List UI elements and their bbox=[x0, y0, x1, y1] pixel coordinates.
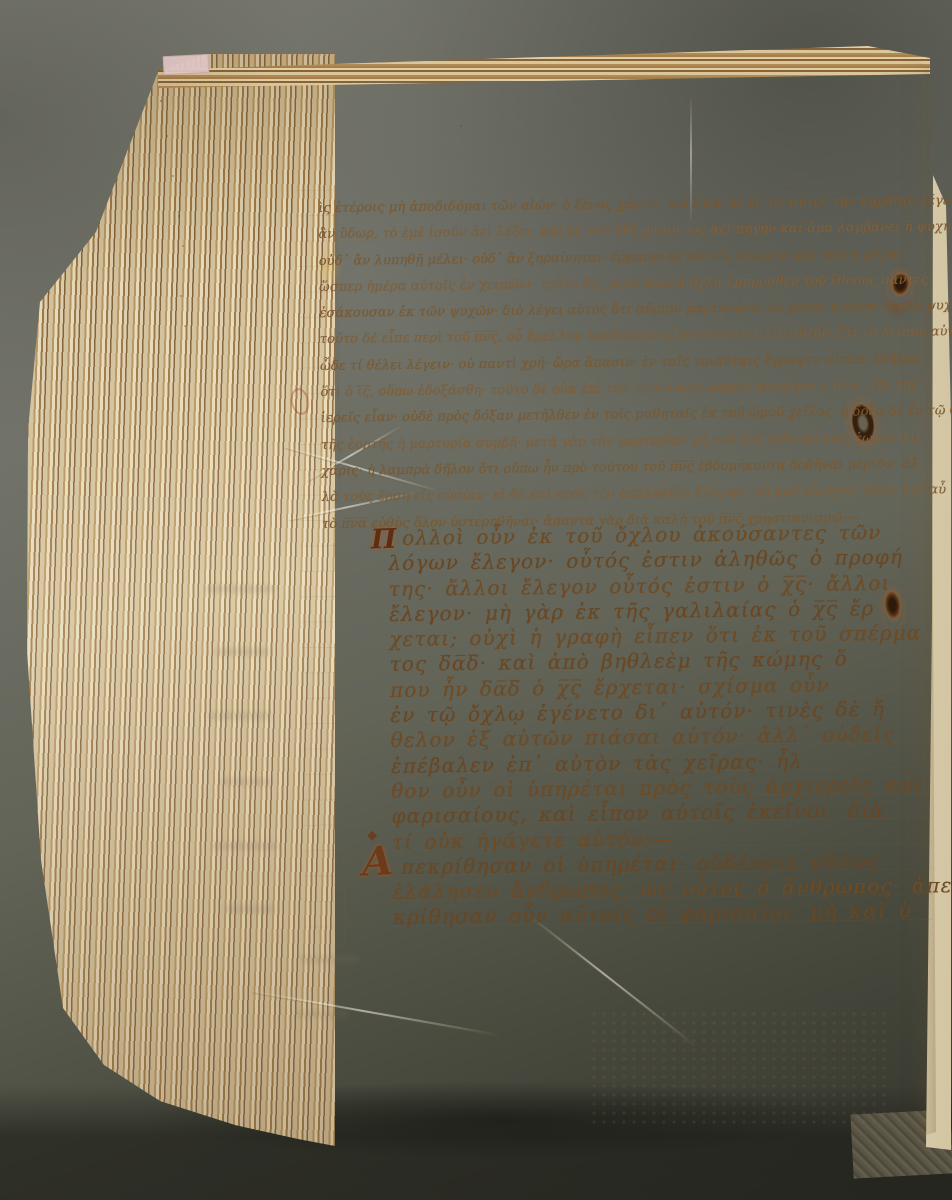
show-through-text bbox=[220, 778, 272, 786]
show-through-text bbox=[296, 1010, 348, 1018]
show-through-text bbox=[215, 648, 270, 656]
show-through-text bbox=[212, 842, 278, 850]
gospel-text-block: ολλοὶ οὖν ἐκ τοῦ ὄχλου ἀκούσαντες τῶν λό… bbox=[388, 519, 952, 931]
speck-dots bbox=[160, 100, 162, 102]
rubric-initial-pi: Π bbox=[370, 524, 397, 556]
photo-background: ὶς ἑτέροις μὴ ἀποδιδόμαι τῶν αἰών· ὁ ξέν… bbox=[0, 0, 952, 1200]
show-through-text bbox=[224, 905, 274, 913]
parchment-follicle-texture bbox=[590, 1010, 890, 1125]
show-through-text bbox=[205, 585, 275, 593]
commentary-text-block: ὶς ἑτέροις μὴ ἀποδιδόμαι τῶν αἰών· ὁ ξέν… bbox=[318, 188, 952, 538]
show-through-text bbox=[208, 712, 272, 720]
show-through-text bbox=[300, 955, 360, 963]
conservation-tape bbox=[163, 54, 210, 75]
rubric-initial-alpha: Α bbox=[361, 837, 394, 886]
